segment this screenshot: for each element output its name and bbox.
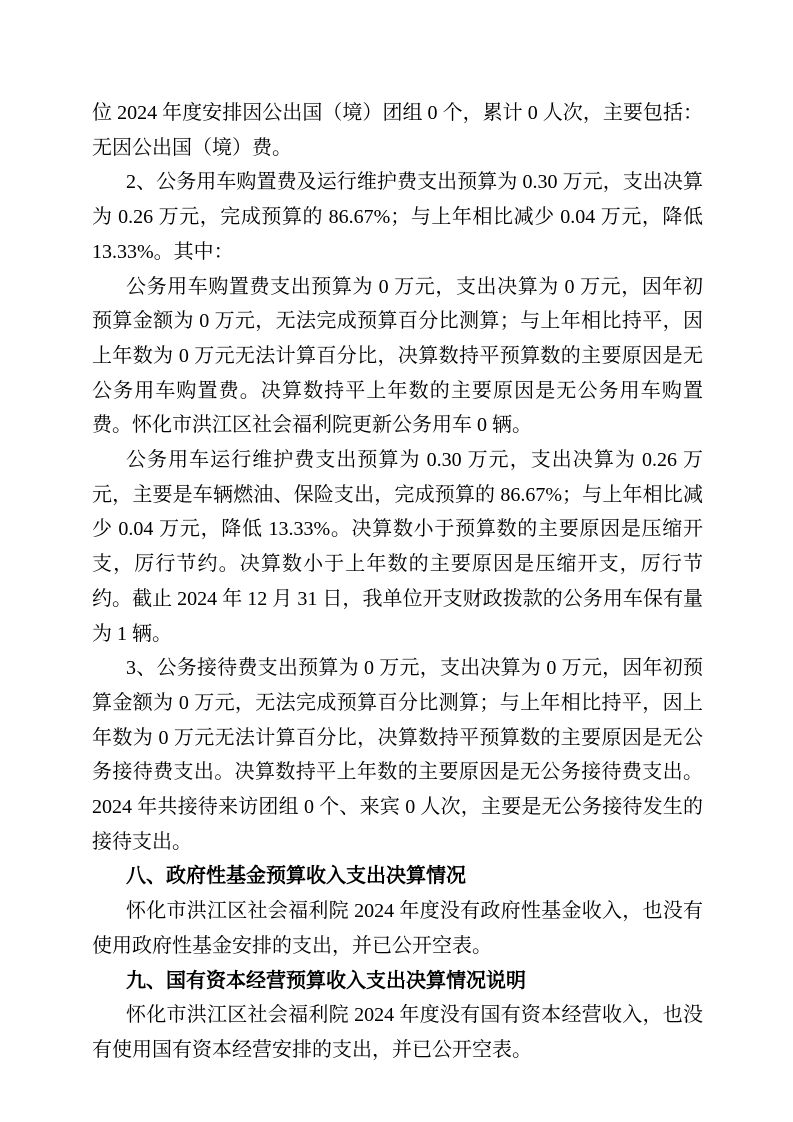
section-heading: 九、国有资本经营预算收入支出决算情况说明 [92, 964, 703, 999]
body-paragraph: 公务用车购置费支出预算为 0 万元，支出决算为 0 万元，因年初预算金额为 0 … [92, 270, 703, 444]
body-paragraph: 怀化市洪江区社会福利院 2024 年度没有政府性基金收入，也没有使用政府性基金安… [92, 894, 703, 963]
document-content: 位 2024 年度安排因公出国（境）团组 0 个，累计 0 人次，主要包括：无因… [92, 96, 703, 1068]
document-page: 位 2024 年度安排因公出国（境）团组 0 个，累计 0 人次，主要包括：无因… [0, 0, 793, 1122]
body-paragraph: 位 2024 年度安排因公出国（境）团组 0 个，累计 0 人次，主要包括：无因… [92, 96, 703, 165]
body-paragraph: 公务用车运行维护费支出预算为 0.30 万元，支出决算为 0.26 万元，主要是… [92, 443, 703, 651]
section-heading: 八、政府性基金预算收入支出决算情况 [92, 859, 703, 894]
body-paragraph: 3、公务接待费支出预算为 0 万元，支出决算为 0 万元，因年初预算金额为 0 … [92, 651, 703, 859]
body-paragraph: 2、公务用车购置费及运行维护费支出预算为 0.30 万元，支出决算为 0.26 … [92, 165, 703, 269]
body-paragraph: 怀化市洪江区社会福利院 2024 年度没有国有资本经营收入，也没有使用国有资本经… [92, 998, 703, 1067]
